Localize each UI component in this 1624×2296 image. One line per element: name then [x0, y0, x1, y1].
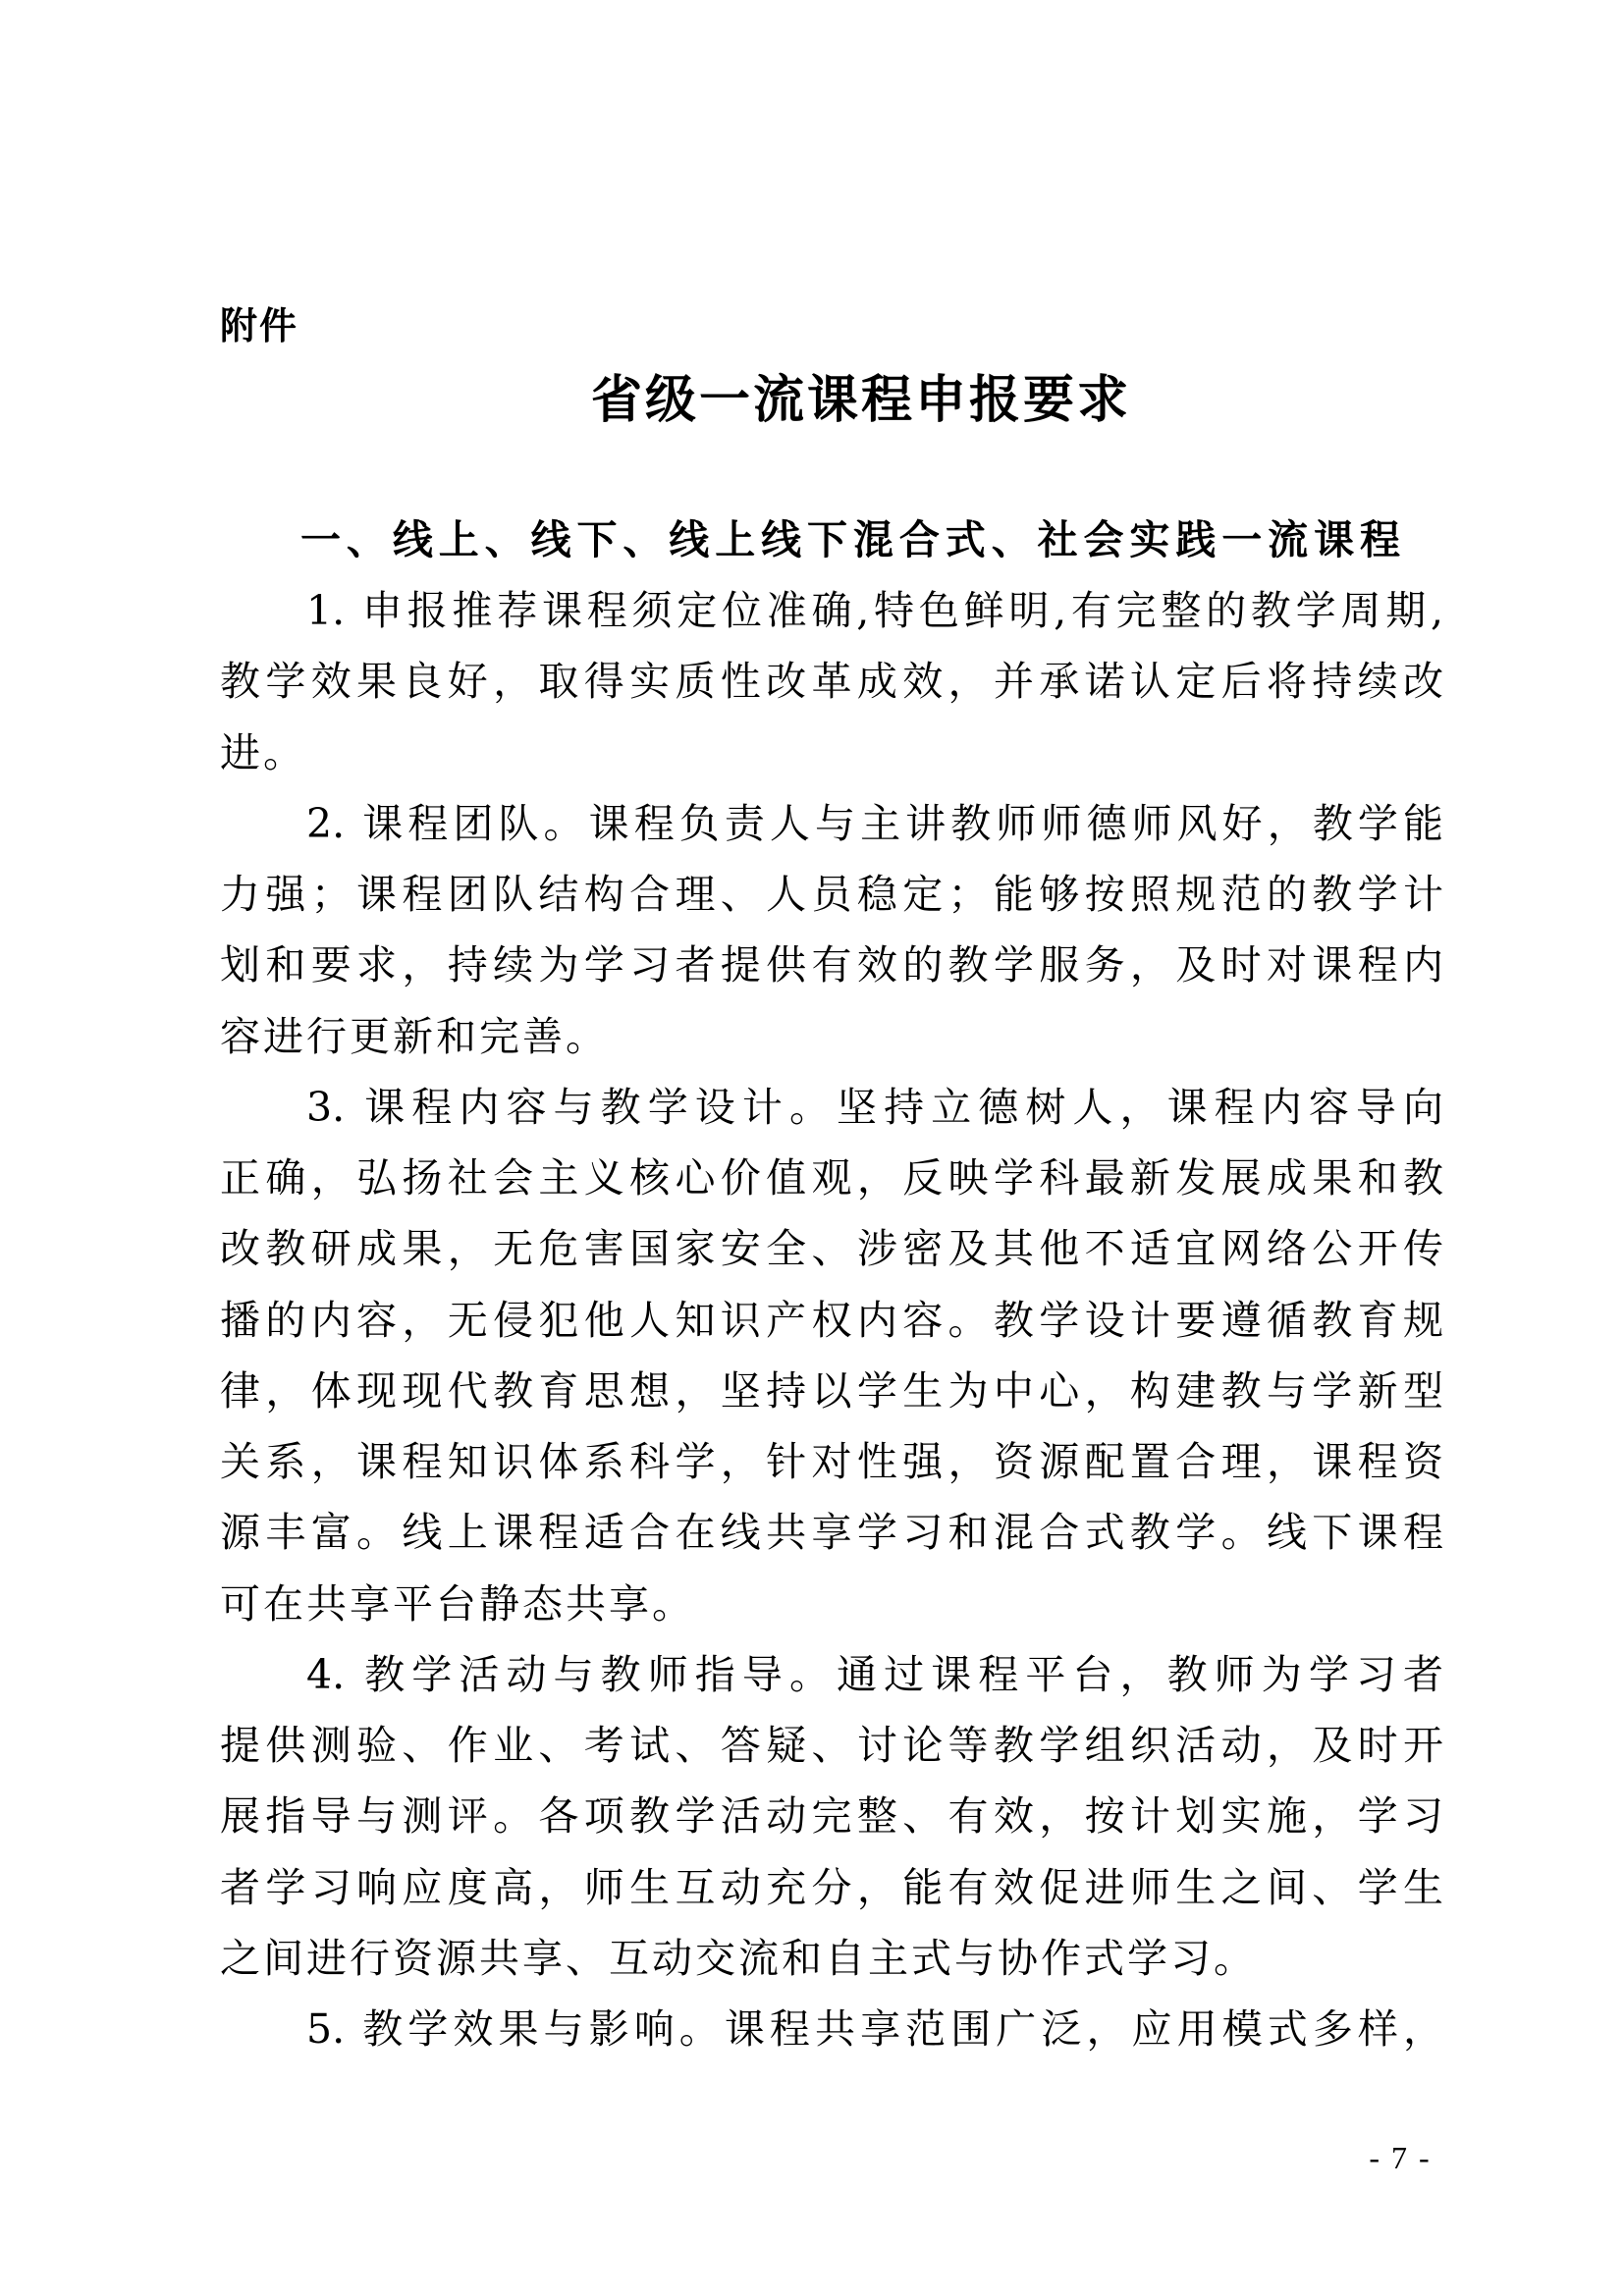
body-text: 1. 申报推荐课程须定位准确,特色鲜明,有完整的教学周期, 教学效果良好，取得实… [220, 583, 1443, 2072]
paragraph-line: 展指导与测评。各项教学活动完整、有效，按计划实施，学习 [220, 1789, 1443, 1859]
paragraph-line: 提供测验、作业、考试、答疑、讨论等教学组织活动，及时开 [220, 1718, 1443, 1789]
paragraph-line: 之间进行资源共享、互动交流和自主式与协作式学习。 [220, 1931, 1443, 2002]
paragraph-line: 可在共享平台静态共享。 [220, 1576, 1443, 1647]
paragraph-line: 5. 教学效果与影响。课程共享范围广泛，应用模式多样， [220, 2002, 1443, 2072]
paragraph-line: 4. 教学活动与教师指导。通过课程平台，教师为学习者 [220, 1647, 1443, 1718]
paragraph-line: 教学效果良好，取得实质性改革成效，并承诺认定后将持续改 [220, 654, 1443, 724]
paragraph-line: 关系，课程知识体系科学，针对性强，资源配置合理，课程资 [220, 1434, 1443, 1505]
paragraph-line: 进。 [220, 725, 1443, 796]
document-title: 省级一流课程申报要求 [0, 369, 1624, 432]
paragraph-line: 2. 课程团队。课程负责人与主讲教师师德师风好，教学能 [220, 796, 1443, 867]
paragraph-line: 3. 课程内容与教学设计。坚持立德树人，课程内容导向 [220, 1080, 1443, 1150]
paragraph-line: 1. 申报推荐课程须定位准确,特色鲜明,有完整的教学周期, [220, 583, 1443, 654]
attachment-label: 附件 [220, 302, 298, 349]
paragraph-line: 源丰富。线上课程适合在线共享学习和混合式教学。线下课程 [220, 1505, 1443, 1575]
page-number: - 7 - [1351, 2140, 1449, 2175]
paragraph-line: 力强；课程团队结构合理、人员稳定；能够按照规范的教学计 [220, 867, 1443, 937]
paragraph-line: 容进行更新和完善。 [220, 1009, 1443, 1080]
paragraph-line: 律，体现现代教育思想，坚持以学生为中心，构建教与学新型 [220, 1363, 1443, 1434]
document-page: 附件 省级一流课程申报要求 一、线上、线下、线上线下混合式、社会实践一流课程 1… [0, 0, 1624, 2296]
paragraph-line: 正确，弘扬社会主义核心价值观，反映学科最新发展成果和教 [220, 1150, 1443, 1221]
section-heading: 一、线上、线下、线上线下混合式、社会实践一流课程 [300, 512, 1400, 567]
paragraph-line: 改教研成果，无危害国家安全、涉密及其他不适宜网络公开传 [220, 1221, 1443, 1292]
paragraph-line: 者学习响应度高，师生互动充分，能有效促进师生之间、学生 [220, 1860, 1443, 1931]
paragraph-line: 播的内容，无侵犯他人知识产权内容。教学设计要遵循教育规 [220, 1293, 1443, 1363]
paragraph-line: 划和要求，持续为学习者提供有效的教学服务，及时对课程内 [220, 937, 1443, 1008]
